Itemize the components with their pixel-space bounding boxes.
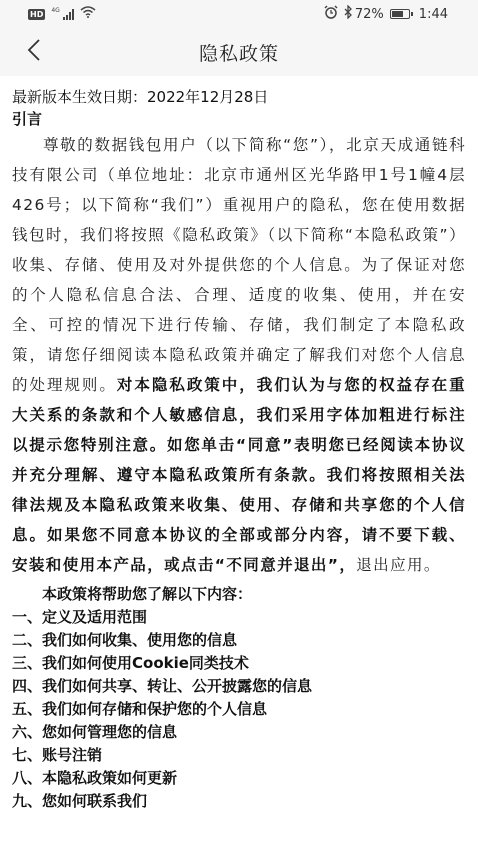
page-title: 隐私政策 xyxy=(199,39,279,66)
app-header: 隐私政策 xyxy=(0,28,478,76)
section-heading-intro: 引言 xyxy=(12,108,466,130)
privacy-policy-content[interactable]: 最新版本生效日期：2022年12月28日 引言 尊敬的数据钱包用户（以下简称“您… xyxy=(0,76,478,850)
network-type-label: 4G xyxy=(51,8,59,14)
toc-item: 四、我们如何共享、转让、公开披露您的信息 xyxy=(12,675,466,698)
battery-percent: 72% xyxy=(355,7,384,22)
toc-item: 五、我们如何存储和保护您的个人信息 xyxy=(12,698,466,721)
status-bar-right: 72% 1:44 xyxy=(324,5,448,23)
intro-text-tail: 退出应用。 xyxy=(356,556,441,574)
hd-icon: HD xyxy=(28,9,45,20)
alarm-icon xyxy=(324,5,338,23)
back-button[interactable] xyxy=(18,36,50,68)
status-bar: HD 4G 72% 1:44 xyxy=(0,0,478,28)
bluetooth-icon xyxy=(344,5,353,23)
status-bar-left: HD 4G xyxy=(28,6,96,22)
clock-time: 1:44 xyxy=(419,7,448,22)
chevron-left-icon xyxy=(27,39,41,65)
toc-item: 一、定义及适用范围 xyxy=(12,606,466,629)
toc-item: 三、我们如何使用Cookie同类技术 xyxy=(12,652,466,675)
intro-text-bold: 对本隐私政策中，我们认为与您的权益存在重大关系的条款和个人敏感信息，我们采用字体… xyxy=(12,376,466,574)
toc-item: 七、账号注销 xyxy=(12,744,466,767)
table-of-contents: 一、定义及适用范围 二、我们如何收集、使用您的信息 三、我们如何使用Cookie… xyxy=(12,606,466,813)
intro-text-normal: 尊敬的数据钱包用户（以下简称“您”），北京天成通链科技有限公司（单位地址：北京市… xyxy=(12,136,466,394)
effective-date: 最新版本生效日期：2022年12月28日 xyxy=(12,86,466,108)
toc-item: 八、本隐私政策如何更新 xyxy=(12,767,466,790)
toc-item: 六、您如何管理您的信息 xyxy=(12,721,466,744)
wifi-icon xyxy=(80,6,96,22)
toc-intro: 本政策将帮助您了解以下内容： xyxy=(12,582,466,606)
battery-icon xyxy=(390,9,413,19)
intro-paragraph: 尊敬的数据钱包用户（以下简称“您”），北京天成通链科技有限公司（单位地址：北京市… xyxy=(12,130,466,580)
signal-icon: 4G xyxy=(51,8,73,20)
toc-item: 九、您如何联系我们 xyxy=(12,790,466,813)
toc-item: 二、我们如何收集、使用您的信息 xyxy=(12,629,466,652)
